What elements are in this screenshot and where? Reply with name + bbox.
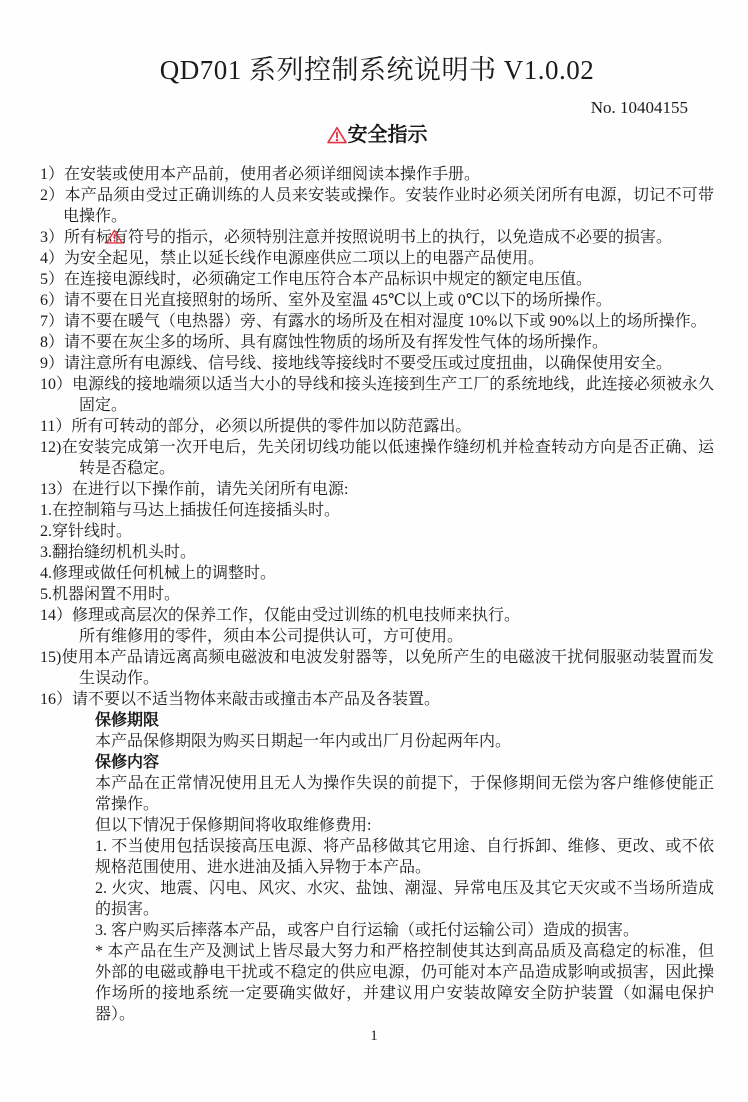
safety-item: 15)使用本产品请远离高频电磁波和电波发射器等，以免所产生的电磁波干扰伺服驱动装… [40,647,714,689]
safety-item: 3）所有标有符号的指示，必须特别注意并按照说明书上的执行，以免造成不必要的损害。 [40,227,714,248]
document-number: No. 10404155 [40,98,688,118]
safety-item: 8）请不要在灰尘多的场所、具有腐蚀性物质的场所及有挥发性气体的场所操作。 [40,332,714,353]
safety-item: 12)在安装完成第一次开电后，先关闭切线功能以低速操作缝纫机并检查转动方向是否正… [40,437,714,479]
warranty-content-heading: 保修内容 [95,752,714,773]
safety-item: 6）请不要在日光直接照射的场所、室外及室温 45℃以上或 0℃以下的场所操作。 [40,290,714,311]
sub-item: 5.机器闲置不用时。 [40,584,714,605]
item-text: 在安装完成第一次开电后，先关闭切线功能以低速操作缝纫机并检查转动方向是否正确、运… [61,439,714,477]
safety-item: 4）为安全起见，禁止以延长线作电源座供应二项以上的电器产品使用。 [40,248,714,269]
safety-item-continuation: 所有维修用的零件，须由本公司提供认可，方可使用。 [40,626,714,647]
item-number: 3） [40,229,64,246]
item-text: 请不要在灰尘多的场所、具有腐蚀性物质的场所及有挥发性气体的场所操作。 [64,334,608,351]
safety-item: 13）在进行以下操作前，请先关闭所有电源: [40,479,714,500]
item-number: 8） [40,334,64,351]
safety-item: 9）请注意所有电源线、信号线、接地线等接线时不要受压或过度扭曲，以确保使用安全。 [40,353,714,374]
item-number: 11） [40,418,71,435]
warranty-note: * 本产品在生产及测试上皆尽最大努力和严格控制使其达到高品质及高稳定的标准，但外… [95,941,714,1025]
item-text: 请不要以不适当物体来敲击或撞击本产品及各装置。 [72,691,440,708]
sub-item: 3.翻抬缝纫机机头时。 [40,542,714,563]
warranty-section: 保修期限 本产品保修期限为购买日期起一年内或出厂月份起两年内。 保修内容 本产品… [95,710,714,1025]
warranty-fee-item: 1. 不当使用包括误接高压电源、将产品移做其它用途、自行拆卸、维修、更改、或不依… [95,836,714,878]
item-number: 4） [40,250,64,267]
item-text: 在安装或使用本产品前，使用者必须详细阅读本操作手册。 [64,166,480,183]
item-number: 2） [40,187,65,204]
safety-item: 10）电源线的接地端须以适当大小的导线和接头连接到生产工厂的系统地线，此连接必须… [40,374,714,416]
item-text: 在连接电源线时，必须确定工作电压符合本产品标识中规定的额定电压值。 [64,271,592,288]
item-number: 9） [40,355,64,372]
safety-item: 16）请不要以不适当物体来敲击或撞击本产品及各装置。 [40,689,714,710]
warranty-fee-intro: 但以下情况于保修期间将收取维修费用: [95,815,714,836]
item-number: 12) [40,439,61,456]
item-number: 16） [40,691,72,708]
item-text: 请不要在暖气（电热器）旁、有露水的场所及在相对湿度 10%以下或 90%以上的场… [64,313,707,330]
item-number: 14） [40,607,72,624]
document-page: QD701 系列控制系统说明书 V1.0.02 No. 10404155 安全指… [0,0,748,1102]
safety-item: 2）本产品须由受过正确训练的人员来安装或操作。安装作业时必须关闭所有电源，切记不… [40,185,714,227]
warning-triangle-icon [327,126,347,144]
sub-item: 2.穿针线时。 [40,521,714,542]
item-text: 为安全起见，禁止以延长线作电源座供应二项以上的电器产品使用。 [64,250,544,267]
item-text: 请不要在日光直接照射的场所、室外及室温 45℃以上或 0℃以下的场所操作。 [64,292,612,309]
safety-item: 14）修理或高层次的保养工作，仅能由受过训练的机电技师来执行。 [40,605,714,626]
item-text: 本产品须由受过正确训练的人员来安装或操作。安装作业时必须关闭所有电源，切记不可带… [63,187,714,225]
safety-instructions-list: 1）在安装或使用本产品前，使用者必须详细阅读本操作手册。 2）本产品须由受过正确… [40,164,714,1025]
section-heading-row: 安全指示 [40,123,714,147]
item-number: 5） [40,271,64,288]
item-text: 请注意所有电源线、信号线、接地线等接线时不要受压或过度扭曲，以确保使用安全。 [64,355,672,372]
sub-item: 1.在控制箱与马达上插拔任何连接插头时。 [40,500,714,521]
page-number: 1 [0,1028,748,1045]
item-number: 10） [40,376,72,393]
item-text: 使用本产品请远离高频电磁波和电波发射器等，以免所产生的电磁波干扰伺服驱动装置而发… [61,649,714,687]
safety-item: 1）在安装或使用本产品前，使用者必须详细阅读本操作手册。 [40,164,714,185]
item-text: 所有可转动的部分，必须以所提供的零件加以防范露出。 [71,418,471,435]
item-text: 在进行以下操作前，请先关闭所有电源: [72,481,348,498]
safety-item: 11）所有可转动的部分，必须以所提供的零件加以防范露出。 [40,416,714,437]
section-heading: 安全指示 [348,123,428,147]
safety-item: 7）请不要在暖气（电热器）旁、有露水的场所及在相对湿度 10%以下或 90%以上… [40,311,714,332]
warranty-period-heading: 保修期限 [95,710,714,731]
document-title: QD701 系列控制系统说明书 V1.0.02 [40,54,714,86]
item-number: 6） [40,292,64,309]
item-number: 7） [40,313,64,330]
warranty-fee-item: 2. 火灾、地震、闪电、风灾、水灾、盐蚀、潮湿、异常电压及其它天灾或不当场所造成… [95,878,714,920]
item-number: 13） [40,481,72,498]
sub-item: 4.修理或做任何机械上的调整时。 [40,563,714,584]
item-number: 1） [40,166,64,183]
item-text: 修理或高层次的保养工作，仅能由受过训练的机电技师来执行。 [72,607,520,624]
item-text: 符号的指示，必须特别注意并按照说明书上的执行，以免造成不必要的损害。 [128,229,672,246]
warranty-period-text: 本产品保修期限为购买日期起一年内或出厂月份起两年内。 [95,731,714,752]
item-text: 电源线的接地端须以适当大小的导线和接头连接到生产工厂的系统地线，此连接必须被永久… [72,376,714,414]
page-content: QD701 系列控制系统说明书 V1.0.02 No. 10404155 安全指… [0,0,748,1025]
item-number: 15) [40,649,61,666]
warranty-fee-item: 3. 客户购买后摔落本产品，或客户自行运输（或托付运输公司）造成的损害。 [95,920,714,941]
safety-item: 5）在连接电源线时，必须确定工作电压符合本产品标识中规定的额定电压值。 [40,269,714,290]
warranty-content-text: 本产品在正常情况使用且无人为操作失误的前提下，于保修期间无偿为客户维修使能正常操… [95,773,714,815]
